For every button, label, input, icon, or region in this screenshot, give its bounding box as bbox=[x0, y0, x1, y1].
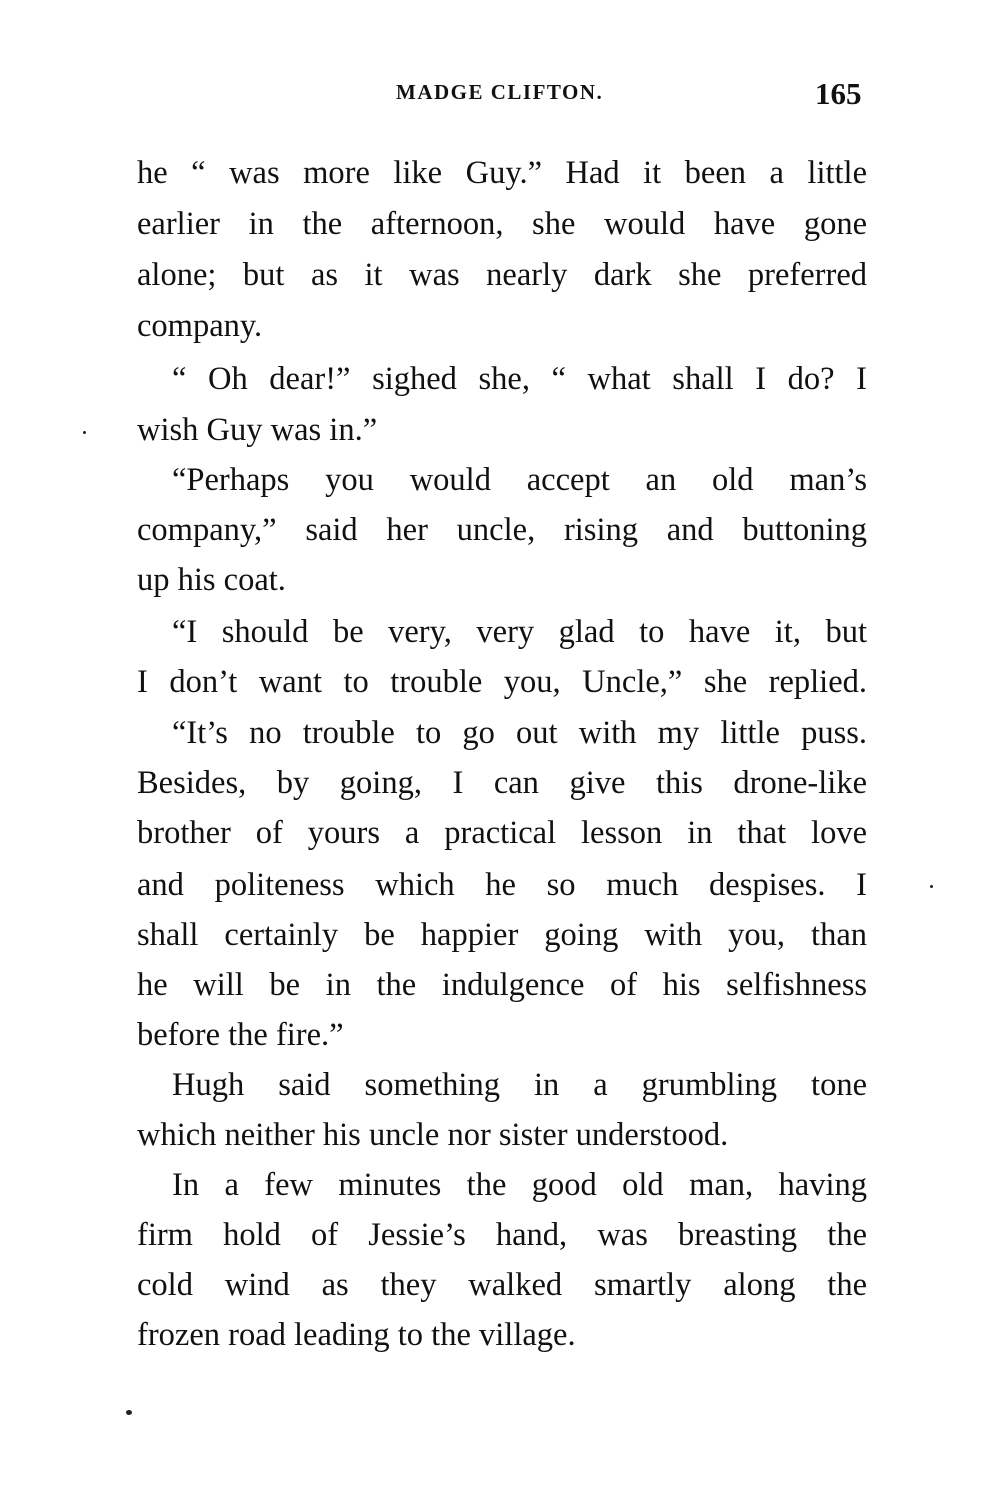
text-line: which neither his uncle nor sister under… bbox=[137, 1110, 867, 1160]
scan-speck bbox=[83, 431, 86, 434]
text-line: before the fire.” bbox=[137, 1010, 867, 1060]
text-line: firm hold of Jessie’s hand, was breastin… bbox=[137, 1210, 867, 1260]
running-title: MADGE CLIFTON. bbox=[396, 80, 603, 105]
scan-speck bbox=[930, 885, 933, 888]
text-line: alone; but as it was nearly dark she pre… bbox=[137, 250, 867, 300]
text-line: he will be in the indulgence of his self… bbox=[137, 960, 867, 1010]
text-line: In a few minutes the good old man, havin… bbox=[172, 1160, 867, 1210]
text-line: and politeness which he so much despises… bbox=[137, 860, 867, 910]
book-page: MADGE CLIFTON. 165 he “ was more like Gu… bbox=[0, 0, 1000, 1488]
text-line: “It’s no trouble to go out with my littl… bbox=[172, 708, 867, 758]
text-line: “I should be very, very glad to have it,… bbox=[172, 607, 867, 657]
text-line: cold wind as they walked smartly along t… bbox=[137, 1260, 867, 1310]
text-line: up his coat. bbox=[137, 555, 867, 605]
scan-speck bbox=[126, 1410, 132, 1415]
text-line: earlier in the afternoon, she would have… bbox=[137, 199, 867, 249]
text-line: Hugh said something in a grumbling tone bbox=[172, 1060, 867, 1110]
text-line: he “ was more like Guy.” Had it been a l… bbox=[137, 148, 867, 198]
page-number: 165 bbox=[815, 76, 862, 112]
text-line: frozen road leading to the village. bbox=[137, 1310, 867, 1360]
text-line: brother of yours a practical lesson in t… bbox=[137, 808, 867, 858]
text-line: “Perhaps you would accept an old man’s bbox=[172, 455, 867, 505]
text-line: “ Oh dear!” sighed she, “ what shall I d… bbox=[172, 354, 867, 404]
text-line: wish Guy was in.” bbox=[137, 405, 867, 455]
text-line: company. bbox=[137, 301, 867, 351]
text-line: shall certainly be happier going with yo… bbox=[137, 910, 867, 960]
text-line: company,” said her uncle, rising and but… bbox=[137, 505, 867, 555]
text-line: Besides, by going, I can give this drone… bbox=[137, 758, 867, 808]
text-line: I don’t want to trouble you, Uncle,” she… bbox=[137, 657, 867, 707]
